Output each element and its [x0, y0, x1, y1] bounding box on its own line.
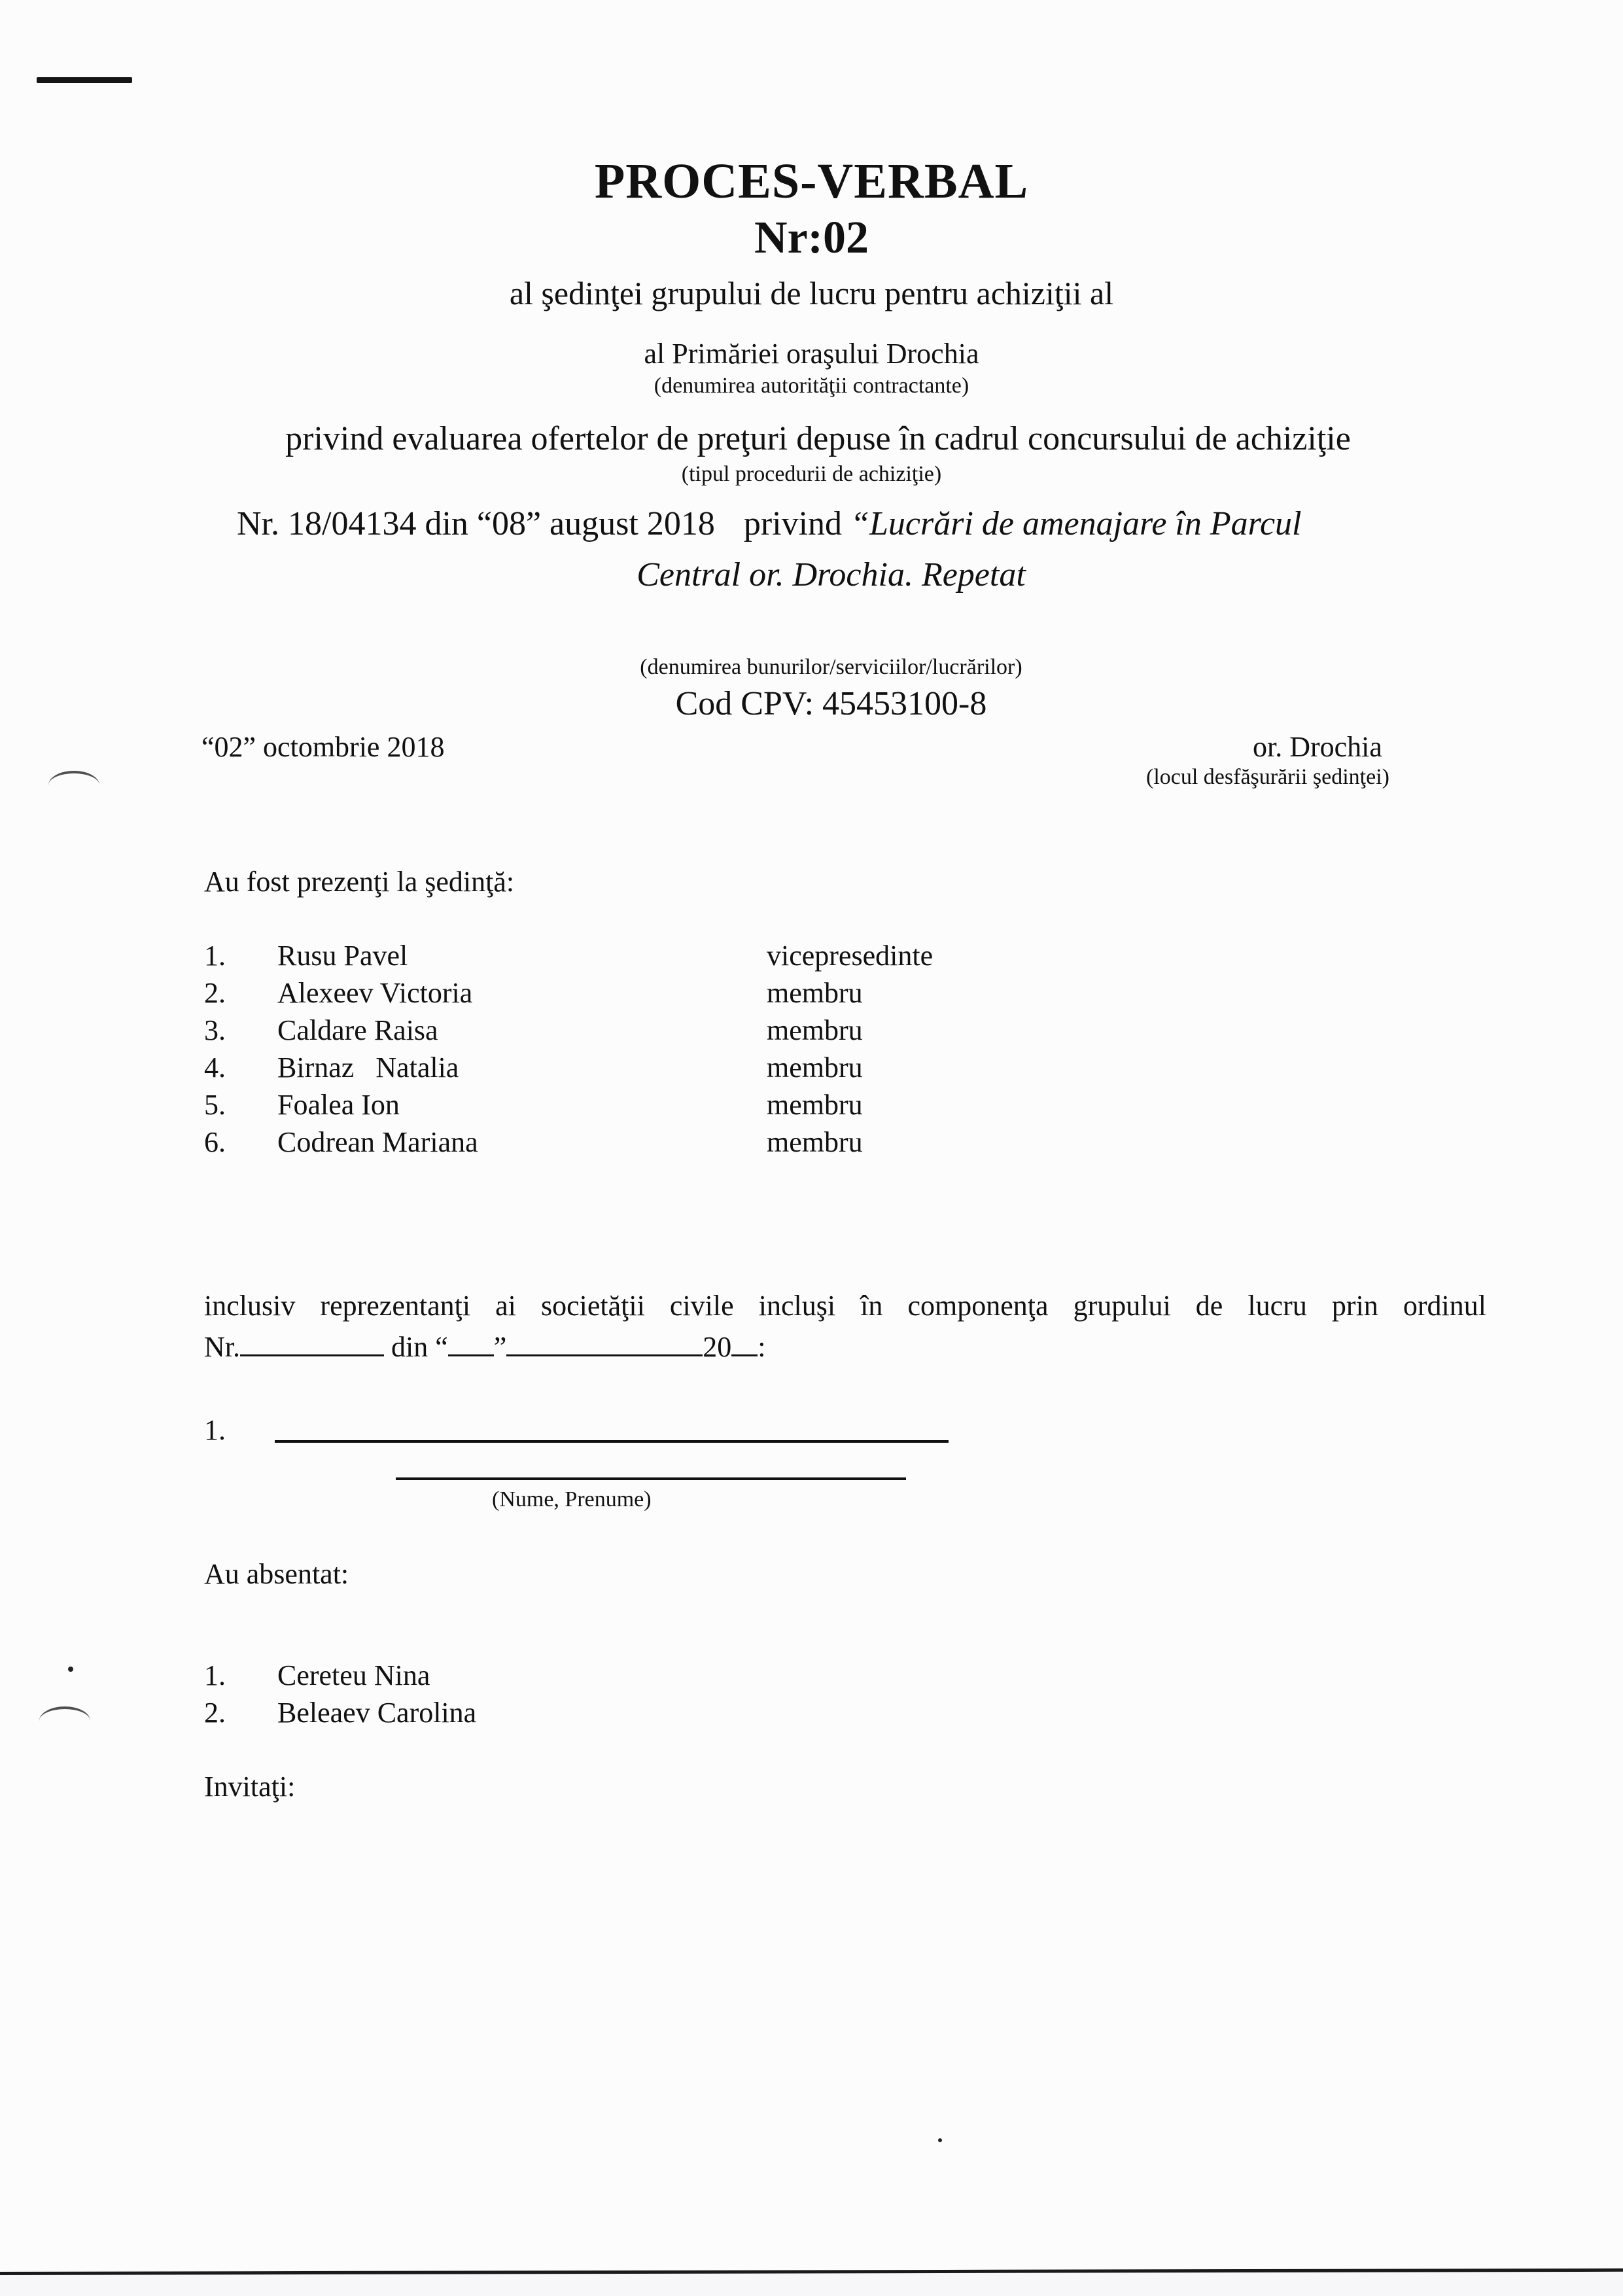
- scan-mark: [37, 77, 132, 83]
- member-number: 4.: [204, 1049, 226, 1086]
- order-number-blank: [240, 1328, 384, 1356]
- member-name: Alexeev Victoria: [277, 974, 472, 1012]
- meeting-date: “02” octombrie 2018: [201, 730, 444, 764]
- scan-speck: [68, 1667, 73, 1672]
- list-item: 3. Caldare Raisa membru: [204, 1012, 1055, 1049]
- document-number: Nr:02: [0, 211, 1623, 266]
- contracting-authority: al Primăriei oraşului Drochia: [0, 337, 1623, 371]
- list-item: 5. Foalea Ion membru: [204, 1086, 1055, 1123]
- member-role: membru: [767, 974, 863, 1012]
- procurement-reference: Nr. 18/04134 din “08” august 2018privind…: [237, 504, 1301, 544]
- reference-subject-continued: Central or. Drochia. Repetat: [0, 555, 1623, 595]
- scan-speck: [938, 2138, 942, 2142]
- member-number: 5.: [204, 1086, 226, 1123]
- invited-label: Invitaţi:: [204, 1770, 295, 1804]
- name-caption: (Nume, Prenume): [492, 1487, 652, 1513]
- procedure-description: privind evaluarea ofertelor de preţuri d…: [0, 419, 1623, 459]
- document-page: PROCES-VERBAL Nr:02 al şedinţei grupului…: [0, 0, 1623, 2270]
- authority-caption: (denumirea autorităţii contractante): [0, 373, 1623, 399]
- list-item: 2. Beleaev Carolina: [204, 1694, 793, 1731]
- order-din: din “: [391, 1331, 448, 1363]
- reference-number: Nr. 18/04134 din “08” august 2018: [237, 505, 715, 542]
- present-members-list: 1. Rusu Pavel vicepresedinte 2. Alexeev …: [204, 937, 1055, 1161]
- goods-caption: (denumirea bunurilor/serviciilor/lucrări…: [0, 654, 1623, 680]
- list-item: 6. Codrean Mariana membru: [204, 1123, 1055, 1161]
- member-name: Foalea Ion: [277, 1086, 400, 1123]
- member-role: membru: [767, 1049, 863, 1086]
- absent-number: 2.: [204, 1694, 226, 1731]
- order-colon: :: [758, 1331, 765, 1363]
- member-name: Codrean Mariana: [277, 1123, 478, 1161]
- absent-name: Cereteu Nina: [277, 1657, 430, 1694]
- member-name: Birnaz Natalia: [277, 1049, 459, 1086]
- document-subtitle: al şedinţei grupului de lucru pentru ach…: [0, 274, 1623, 313]
- punch-hole-mark: [39, 1706, 90, 1735]
- document-title: PROCES-VERBAL: [0, 152, 1623, 211]
- present-label: Au fost prezenţi la şedinţă:: [204, 865, 514, 899]
- punch-hole-mark: [48, 771, 99, 800]
- order-reference-line: Nr. din “”20:: [204, 1328, 766, 1364]
- procedure-caption: (tipul procedurii de achiziţie): [0, 461, 1623, 487]
- member-number: 6.: [204, 1123, 226, 1161]
- reference-subject: “Lucrări de amenajare în Parcul: [850, 505, 1301, 542]
- member-number: 1.: [204, 937, 226, 974]
- reference-privind: privind: [744, 505, 842, 542]
- order-quote-close: ”: [494, 1331, 507, 1363]
- absent-name: Beleaev Carolina: [277, 1694, 476, 1731]
- member-number: 3.: [204, 1012, 226, 1049]
- list-item: 1. Cereteu Nina: [204, 1657, 793, 1694]
- member-name: Caldare Raisa: [277, 1012, 438, 1049]
- order-prefix: Nr.: [204, 1331, 240, 1363]
- meeting-place: or. Drochia: [1253, 730, 1382, 764]
- meeting-place-caption: (locul desfăşurării şedinţei): [1146, 764, 1389, 790]
- list-item: 4. Birnaz Natalia membru: [204, 1049, 1055, 1086]
- member-role: vicepresedinte: [767, 937, 933, 974]
- cpv-code: Cod CPV: 45453100-8: [0, 684, 1623, 724]
- order-month-blank: [506, 1328, 703, 1356]
- representative-name-line: [396, 1477, 906, 1480]
- member-name: Rusu Pavel: [277, 937, 408, 974]
- member-role: membru: [767, 1123, 863, 1161]
- order-day-blank: [448, 1328, 494, 1356]
- list-item: 2. Alexeev Victoria membru: [204, 974, 1055, 1012]
- absent-label: Au absentat:: [204, 1557, 349, 1591]
- order-year-blank: [731, 1328, 758, 1356]
- representative-signature-line: [275, 1440, 949, 1443]
- list-item: 1. Rusu Pavel vicepresedinte: [204, 937, 1055, 974]
- member-role: membru: [767, 1086, 863, 1123]
- civil-society-statement: inclusiv reprezentanţi ai societăţii civ…: [204, 1289, 1486, 1323]
- member-role: membru: [767, 1012, 863, 1049]
- member-number: 2.: [204, 974, 226, 1012]
- representative-number: 1.: [204, 1413, 226, 1447]
- order-year-prefix: 20: [703, 1331, 731, 1363]
- absent-number: 1.: [204, 1657, 226, 1694]
- absent-members-list: 1. Cereteu Nina 2. Beleaev Carolina: [204, 1657, 793, 1731]
